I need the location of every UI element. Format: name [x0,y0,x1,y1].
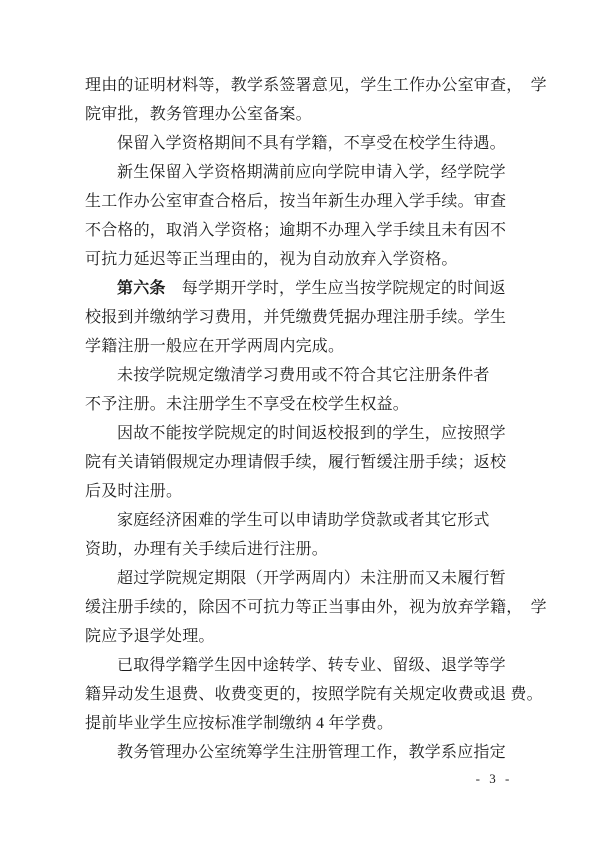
body-text: 保留入学资格期间不具有学籍，不享受在校学生待遇。 [117,135,506,152]
body-text: 理由的证明材料等，教学系签署意见，学生工作办公室审查， 学 [85,77,547,94]
document-line: 理由的证明材料等，教学系签署意见，学生工作办公室审查， 学 [85,71,525,100]
body-text: 院有关请销假规定办理请假手续，履行暂缓注册手续；返校 [85,454,506,471]
document-line: 因故不能按学院规定的时间返校报到的学生，应按照学 [85,419,525,448]
document-line: 不合格的，取消入学资格；逾期不办理入学手续且未有因不 [85,216,525,245]
document-line: 未按学院规定缴清学习费用或不符合其它注册条件者 [85,361,525,390]
body-text: 每学期开学时，学生应当按学院规定的时间返 [166,280,506,297]
body-text: 提前毕业学生应按标准学制缴纳 4 年学费。 [85,715,393,732]
document-line: 籍异动发生退费、收费变更的，按照学院有关规定收费或退 费。 [85,680,525,709]
body-text: 缓注册手续的，除因不可抗力等正当事由外，视为放弃学籍， 学 [85,599,547,616]
body-text: 未按学院规定缴清学习费用或不符合其它注册条件者 [117,367,490,384]
document-line: 提前毕业学生应按标准学制缴纳 4 年学费。 [85,709,525,738]
body-text: 已取得学籍学生因中途转学、转专业、留级、退学等学 [117,657,506,674]
document-line: 缓注册手续的，除因不可抗力等正当事由外，视为放弃学籍， 学 [85,593,525,622]
body-text: 院审批，教务管理办公室备案。 [85,106,312,123]
document-line: 可抗力延迟等正当理由的，视为自动放弃入学资格。 [85,245,525,274]
body-text: 可抗力延迟等正当理由的，视为自动放弃入学资格。 [85,251,458,268]
document-line: 第六条 每学期开学时，学生应当按学院规定的时间返 [85,274,525,303]
document-line: 新生保留入学资格期满前应向学院申请入学，经学院学 [85,158,525,187]
document-line: 后及时注册。 [85,477,525,506]
body-text: 家庭经济困难的学生可以申请助学贷款或者其它形式 [117,512,490,529]
body-text: 籍异动发生退费、收费变更的，按照学院有关规定收费或退 费。 [85,686,543,703]
body-text: 生工作办公室审查合格后，按当年新生办理入学手续。审查 [85,193,506,210]
document-line: 教务管理办公室统筹学生注册管理工作，教学系应指定 [85,738,525,767]
body-text: 新生保留入学资格期满前应向学院申请入学，经学院学 [117,164,506,181]
document-line: 超过学院规定期限（开学两周内）未注册而又未履行暂 [85,564,525,593]
document-line: 院有关请销假规定办理请假手续，履行暂缓注册手续；返校 [85,448,525,477]
document-line: 院审批，教务管理办公室备案。 [85,100,525,129]
document-body: 理由的证明材料等，教学系签署意见，学生工作办公室审查， 学院审批，教务管理办公室… [85,71,525,767]
document-line: 已取得学籍学生因中途转学、转专业、留级、退学等学 [85,651,525,680]
document-page: 理由的证明材料等，教学系签署意见，学生工作办公室审查， 学院审批，教务管理办公室… [0,0,595,841]
document-line: 校报到并缴纳学习费用，并凭缴费凭据办理注册手续。学生 [85,303,525,332]
document-line: 不予注册。未注册学生不享受在校学生权益。 [85,390,525,419]
body-text: 后及时注册。 [85,483,182,500]
body-text: 不合格的，取消入学资格；逾期不办理入学手续且未有因不 [85,222,506,239]
document-line: 生工作办公室审查合格后，按当年新生办理入学手续。审查 [85,187,525,216]
document-line: 资助，办理有关手续后进行注册。 [85,535,525,564]
page-number: - 3 - [464,770,524,788]
document-line: 家庭经济困难的学生可以申请助学贷款或者其它形式 [85,506,525,535]
body-text: 院应予退学处理。 [85,628,215,645]
body-text: 超过学院规定期限（开学两周内）未注册而又未履行暂 [117,570,506,587]
document-line: 学籍注册一般应在开学两周内完成。 [85,332,525,361]
body-text: 资助，办理有关手续后进行注册。 [85,541,328,558]
document-line: 保留入学资格期间不具有学籍，不享受在校学生待遇。 [85,129,525,158]
article-heading-text: 第六条 [117,280,166,297]
document-line: 院应予退学处理。 [85,622,525,651]
body-text: 校报到并缴纳学习费用，并凭缴费凭据办理注册手续。学生 [85,309,506,326]
body-text: 因故不能按学院规定的时间返校报到的学生，应按照学 [117,425,506,442]
body-text: 学籍注册一般应在开学两周内完成。 [85,338,344,355]
body-text: 教务管理办公室统筹学生注册管理工作，教学系应指定 [117,744,506,761]
body-text: 不予注册。未注册学生不享受在校学生权益。 [85,396,409,413]
